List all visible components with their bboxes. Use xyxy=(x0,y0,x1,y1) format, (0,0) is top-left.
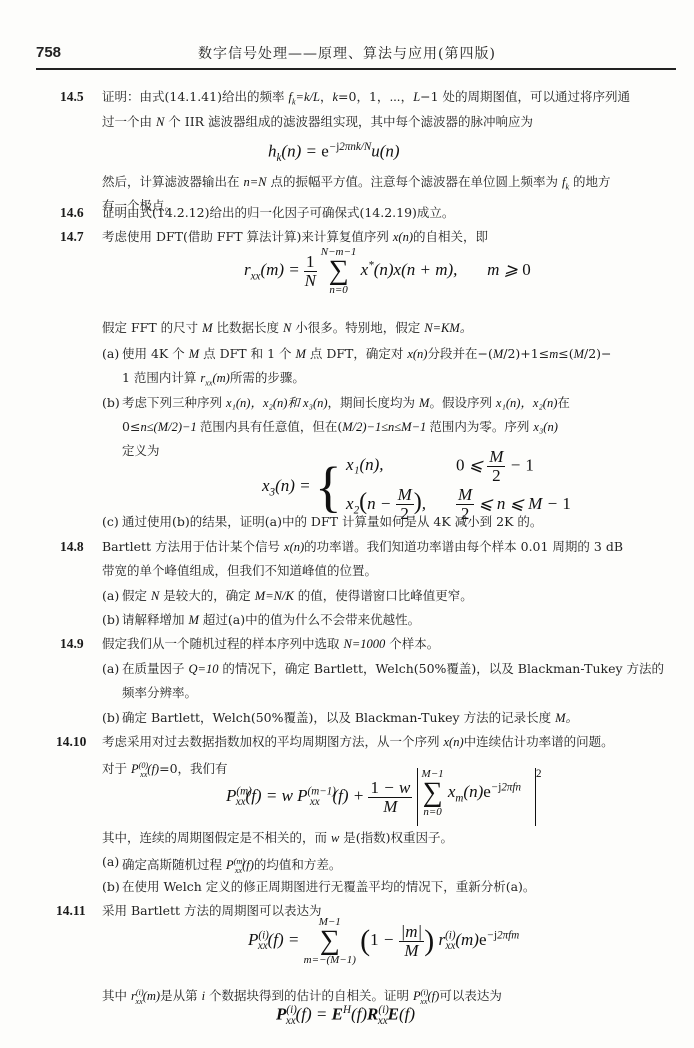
equation-exponential-periodogram: P(m)xx(f) = w P(m−1)xx (f) + 1 − wM M−1∑… xyxy=(226,768,542,826)
text: ≤( xyxy=(558,346,573,361)
problem-14-10a-line-1: 确定高斯随机过程 P(m)xx(f)的均值和方差。 xyxy=(122,854,341,879)
problem-14-10-line-3: 其中，连续的周期图假定是不相关的，而 w 是(指数)权重因子。 xyxy=(102,830,453,846)
math: =k/L xyxy=(296,90,320,104)
problem-number-14-9: 14.9 xyxy=(60,636,84,652)
text: 的均值和方差。 xyxy=(254,857,342,872)
problem-14-8a-line-1: 假定 N 是较大的，确定 M=N/K 的值，使得谱窗口比峰值更窄。 xyxy=(122,588,473,604)
text: 小很多。特别地，假定 xyxy=(291,320,424,335)
problem-14-7a-line-1: 使用 4K 个 M 点 DFT 和 1 个 M 点 DFT，确定对 x(n)分段… xyxy=(122,346,612,362)
math: x(n) xyxy=(284,540,304,554)
problem-number-14-10: 14.10 xyxy=(56,734,86,750)
text: 分段并在−( xyxy=(427,346,492,361)
text: /2)− xyxy=(584,346,612,361)
case-1-expr: x₁(n), xyxy=(346,448,456,482)
text: 确定高斯随机过程 xyxy=(122,857,226,872)
text: 中连续估计功率谱的问题。 xyxy=(464,734,614,749)
math: Q=10 xyxy=(188,662,218,676)
text: 范围内具有任意值，但在( xyxy=(200,419,342,434)
text: 的功率谱。我们知道功率谱由每个样本 0.01 周期的 3 dB xyxy=(304,539,623,554)
math: x(n) xyxy=(407,347,427,361)
text: 在质量因子 xyxy=(122,661,188,676)
text: 可以表达为 xyxy=(439,988,502,1003)
running-header-title: 数字信号处理——原理、算法与应用(第四版) xyxy=(0,43,694,63)
text: 请解释增加 xyxy=(122,612,188,627)
text: 确定 Bartlett，Welch(50%覆盖)，以及 Blackman-Tuk… xyxy=(122,710,555,725)
problem-14-9-line-1: 假定我们从一个随机过程的样本序列中选取 N=1000 个样本。 xyxy=(102,636,439,652)
problem-14-7b-label: (b) xyxy=(102,395,120,411)
text: ，期间长度均为 xyxy=(328,395,419,410)
problem-14-7b-line-1: 考虑下列三种序列 x₁(n)，x₂(n)和 x₃(n)，期间长度均为 M。假设序… xyxy=(122,395,570,411)
math: M xyxy=(295,347,305,361)
math: M xyxy=(419,396,429,410)
text: 假定 xyxy=(122,588,151,603)
text: 个 IIR 滤波器组成的滤波器组实现，其中每个滤波器的脉冲响应为 xyxy=(164,114,533,129)
math: n=N xyxy=(243,175,266,189)
problem-14-9a-line-2: 频率分辨率。 xyxy=(122,685,197,701)
text: −1 处的周期图值，可以通过将序列通 xyxy=(420,89,630,104)
problem-14-9a-label: (a) xyxy=(102,661,119,677)
equation-impulse-response: hk(n) = e−j2πnk/Nu(n) xyxy=(268,141,400,164)
text: 点的振幅平方值。注意每个滤波器在单位圆上频率为 xyxy=(267,174,562,189)
math: x(n) xyxy=(443,735,463,749)
problem-14-7a-line-2: 1 范围内计算 rxx(m)所需的步骤。 xyxy=(122,370,305,392)
text: 假定我们从一个随机过程的样本序列中选取 xyxy=(102,636,343,651)
math: M xyxy=(188,613,198,627)
text: Bartlett 方法用于估计某个信号 xyxy=(102,539,284,554)
math: (m) xyxy=(143,989,160,1003)
text: 比数据长度 xyxy=(213,320,283,335)
text: 所需的步骤。 xyxy=(230,370,305,385)
problem-14-7-line-1: 考虑使用 DFT(借助 FFT 算法计算)来计算复值序列 x(n)的自相关，即 xyxy=(102,229,488,245)
problem-14-8b-label: (b) xyxy=(102,612,120,628)
problem-14-10-line-1: 考虑采用对过去数据指数加权的平均周期图方法，从一个序列 x(n)中连续估计功率谱… xyxy=(102,734,614,750)
problem-14-6-line-1: 证明由式(14.2.12)给出的归一化因子可确保式(14.2.19)成立。 xyxy=(102,205,454,221)
math: N=1000 xyxy=(343,637,385,651)
text: 0≤ xyxy=(122,419,140,434)
text: 证明：由式(14.1.41)给出的频率 xyxy=(102,89,288,104)
text: 1 范围内计算 xyxy=(122,370,200,385)
left-brace: { xyxy=(315,457,342,519)
math: M xyxy=(493,347,503,361)
math: n≤(M/2)−1 xyxy=(140,420,199,434)
text: 假定 FFT 的尺寸 xyxy=(102,320,202,335)
text: 。假设序列 xyxy=(429,395,495,410)
problem-number-14-11: 14.11 xyxy=(56,903,86,919)
problem-14-7-line-2: 假定 FFT 的尺寸 M 比数据长度 N 小很多。特别地，假定 N=KM。 xyxy=(102,320,472,336)
math: M xyxy=(189,347,199,361)
problem-14-5-line-3: 然后，计算滤波器输出在 n=N 点的振幅平方值。注意每个滤波器在单位圆上频率为 … xyxy=(102,174,611,196)
text: 的值，使得谱窗口比峰值更窄。 xyxy=(294,588,473,603)
equation-bartlett-periodogram: P(i)xx(f) = M−1∑m=−(M−1) (1 − |m|M) r(i)… xyxy=(248,916,519,966)
problem-14-7c-line-1: 通过使用(b)的结果，证明(a)中的 DFT 计算量如何是从 4K 减小到 2K… xyxy=(122,514,542,530)
math: m xyxy=(549,347,558,361)
header-divider xyxy=(36,68,676,70)
math: M=N/K xyxy=(255,589,294,603)
problem-14-5-line-1: 证明：由式(14.1.41)给出的频率 fk=k/L，k=0，1，⋯，L−1 处… xyxy=(102,89,630,111)
problem-14-7b-line-2: 0≤n≤(M/2)−1 范围内具有任意值，但在(M/2)−1≤n≤M−1 范围内… xyxy=(122,419,558,435)
text: 的地方 xyxy=(569,174,610,189)
text: 个样本。 xyxy=(385,636,439,651)
math: x(n) xyxy=(393,230,413,244)
text: 的情况下，确定 Bartlett，Welch(50%覆盖)，以及 Blackma… xyxy=(218,661,664,676)
math: x₃(n) xyxy=(533,420,557,434)
text: 其中，连续的周期图假定是不相关的，而 xyxy=(102,830,331,845)
math: x₁(n)，x₂(n)和 x₃(n) xyxy=(226,396,328,410)
text: 使用 4K 个 xyxy=(122,346,189,361)
math: (m) xyxy=(212,371,229,385)
text: 在 xyxy=(557,395,570,410)
problem-14-10a-label: (a) xyxy=(102,854,119,870)
problem-14-10b-label: (b) xyxy=(102,879,120,895)
problem-14-9a-line-1: 在质量因子 Q=10 的情况下，确定 Bartlett，Welch(50%覆盖)… xyxy=(122,661,664,677)
text: =0，1，⋯， xyxy=(338,89,413,104)
text: 然后，计算滤波器输出在 xyxy=(102,174,243,189)
math: N=KM。 xyxy=(424,321,472,335)
problem-number-14-5: 14.5 xyxy=(60,89,84,105)
text: 其中 xyxy=(102,988,131,1003)
problem-14-7b-line-3: 定义为 xyxy=(122,443,160,459)
text: 是(指数)权重因子。 xyxy=(339,830,453,845)
equation-matrix-form: P(i)xx(f) = EH(f)R(i)xxE(f) xyxy=(276,1004,415,1027)
text: 个数据块得到的估计的自相关。证明 xyxy=(205,988,413,1003)
problem-14-8a-label: (a) xyxy=(102,588,119,604)
problem-14-10-line-2: 对于 P(0)xx(f)=0，我们有 xyxy=(102,758,228,783)
text: 考虑使用 DFT(借助 FFT 算法计算)来计算复值序列 xyxy=(102,229,393,244)
math: x₁(n)，x₂(n) xyxy=(496,396,557,410)
math: M xyxy=(202,321,212,335)
equation-autocorrelation: rxx(m) = 1N N−m−1∑n=0 x*(n)x(n + m), m ⩾… xyxy=(244,246,531,296)
math: M/2)−1≤n≤M−1 xyxy=(342,420,429,434)
math: M。 xyxy=(555,711,578,725)
text: 的自相关，即 xyxy=(413,229,488,244)
text: 考虑下列三种序列 xyxy=(122,395,226,410)
text: /2)+1≤ xyxy=(503,346,549,361)
problem-number-14-8: 14.8 xyxy=(60,539,84,555)
text: ， xyxy=(320,89,333,104)
problem-14-10b-line-1: 在使用 Welch 定义的修正周期图进行无覆盖平均的情况下，重新分析(a)。 xyxy=(122,879,535,895)
text: 对于 xyxy=(102,761,131,776)
text: 是从第 xyxy=(160,988,201,1003)
text: 点 DFT 和 1 个 xyxy=(199,346,295,361)
text: =0，我们有 xyxy=(159,761,227,776)
problem-14-9b-line-1: 确定 Bartlett，Welch(50%覆盖)，以及 Blackman-Tuk… xyxy=(122,710,578,726)
problem-14-7a-label: (a) xyxy=(102,346,119,362)
math: M xyxy=(574,347,584,361)
problem-14-8b-line-1: 请解释增加 M 超过(a)中的值为什么不会带来优越性。 xyxy=(122,612,420,628)
problem-number-14-6: 14.6 xyxy=(60,205,84,221)
problem-14-7c-label: (c) xyxy=(102,514,119,530)
problem-14-5-line-2: 过一个由 N 个 IIR 滤波器组成的滤波器组实现，其中每个滤波器的脉冲响应为 xyxy=(102,114,533,130)
text: 点 DFT，确定对 xyxy=(306,346,407,361)
math-fk: fk xyxy=(288,90,295,104)
text: 范围内为零。序列 xyxy=(429,419,533,434)
problem-number-14-7: 14.7 xyxy=(60,229,84,245)
text: 考虑采用对过去数据指数加权的平均周期图方法，从一个序列 xyxy=(102,734,443,749)
text: 是较大的，确定 xyxy=(159,588,254,603)
problem-14-8-line-2: 带宽的单个峰值组成，但我们不知道峰值的位置。 xyxy=(102,563,377,579)
problem-14-8-line-1: Bartlett 方法用于估计某个信号 x(n)的功率谱。我们知道功率谱由每个样… xyxy=(102,539,623,555)
text: 超过(a)中的值为什么不会带来优越性。 xyxy=(199,612,420,627)
problem-14-9b-label: (b) xyxy=(102,710,120,726)
text: 过一个由 xyxy=(102,114,156,129)
